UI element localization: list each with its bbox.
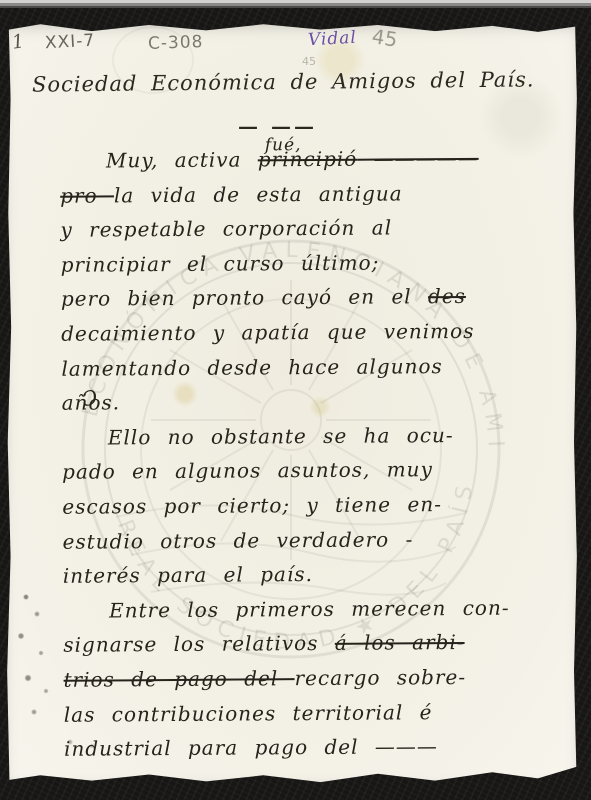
strikethrough-text: pro: [60, 183, 114, 207]
manuscript-line: industrial para pago del ———: [64, 728, 572, 766]
manuscript-line: Entre los primeros merecen con-: [63, 590, 571, 628]
inserted-correction-text: fué,: [265, 128, 302, 163]
document-title: Sociedad Económica de Amigos del País.: [32, 67, 535, 96]
scanner-edge-dark: [0, 6, 591, 8]
catalog-code-annotation: C-308: [148, 32, 204, 54]
manuscript-line: signarse los relativos á los arbi-: [63, 625, 571, 663]
catalog-ref-annotation: XXI-7: [45, 31, 96, 54]
manuscript-line: estudio otros de verdadero -: [62, 521, 570, 559]
collector-name-annotation: Vidal: [308, 28, 358, 51]
handwritten-text: pado en algunos asuntos, muy: [62, 458, 433, 485]
handwritten-text: Muy, activa: [106, 147, 258, 172]
manuscript-line: pero bien pronto cayó en el des: [61, 279, 569, 317]
handwritten-text: principiar el curso último;: [61, 250, 380, 276]
manuscript-page: ECONÓMICA VALENCIANA DE AMIGOS REAL SOCI…: [6, 22, 578, 786]
manuscript-line: pado en algunos asuntos, muy: [62, 452, 570, 490]
strikethrough-text: —————: [357, 146, 479, 171]
manuscript-line: lamentando desde hace algunos: [61, 348, 569, 386]
page-index-annotation: 1: [11, 30, 26, 53]
manuscript-line: principiar el curso último;: [61, 244, 569, 282]
handwritten-text: lamentando desde hace algunos: [61, 354, 443, 381]
manuscript-line: Ello no obstante se ha ocu-: [62, 417, 570, 455]
handwritten-text: escasos por cierto; y tiene en-: [62, 492, 442, 519]
handwritten-text: estudio otros de verdadero -: [63, 527, 414, 553]
manuscript-line: y respetable corporación al: [60, 209, 568, 247]
manuscript-line: Muy, activa principió —————fué,: [60, 140, 568, 178]
faint-number-annotation: 45: [302, 55, 316, 68]
handwritten-text: interés para el país.: [63, 562, 313, 588]
handwritten-text: industrial para pago del ———: [64, 734, 438, 761]
handwritten-text: las contribuciones territorial é: [64, 700, 433, 727]
manuscript-line: escasos por cierto; y tiene en-: [62, 486, 570, 524]
manuscript-line: años.: [62, 382, 570, 420]
handwritten-text: la vida de esta antigua: [114, 181, 403, 207]
handwritten-text: signarse los relativos: [63, 631, 335, 657]
manuscript-line: decaimiento y apatía que venimos: [61, 313, 569, 351]
strikethrough-text: á los arbi-: [335, 630, 465, 655]
strikethrough-text: trios de pago del: [63, 666, 294, 692]
manuscript-line: las contribuciones territorial é: [64, 694, 572, 732]
manuscript-line: interés para el país.: [63, 555, 571, 593]
number-annotation: 45: [370, 24, 399, 52]
handwritten-text: y respetable corporación al: [60, 216, 392, 242]
handwritten-text: años.: [62, 391, 121, 415]
handwritten-text: Ello no obstante se ha ocu-: [108, 423, 454, 449]
manuscript-line: pro la vida de esta antigua: [60, 175, 568, 213]
handwritten-text: recargo sobre-: [294, 665, 466, 690]
handwritten-text: pero bien pronto cayó en el: [61, 285, 428, 312]
manuscript-line: trios de pago del recargo sobre-: [63, 659, 571, 697]
handwritten-text: Entre los primeros merecen con-: [109, 595, 510, 622]
handwritten-text: decaimiento y apatía que venimos: [61, 319, 474, 346]
strikethrough-text: des: [428, 284, 466, 308]
manuscript: Muy, activa principió —————fué,pro la vi…: [60, 140, 572, 766]
scan-background: ECONÓMICA VALENCIANA DE AMIGOS REAL SOCI…: [0, 0, 591, 800]
